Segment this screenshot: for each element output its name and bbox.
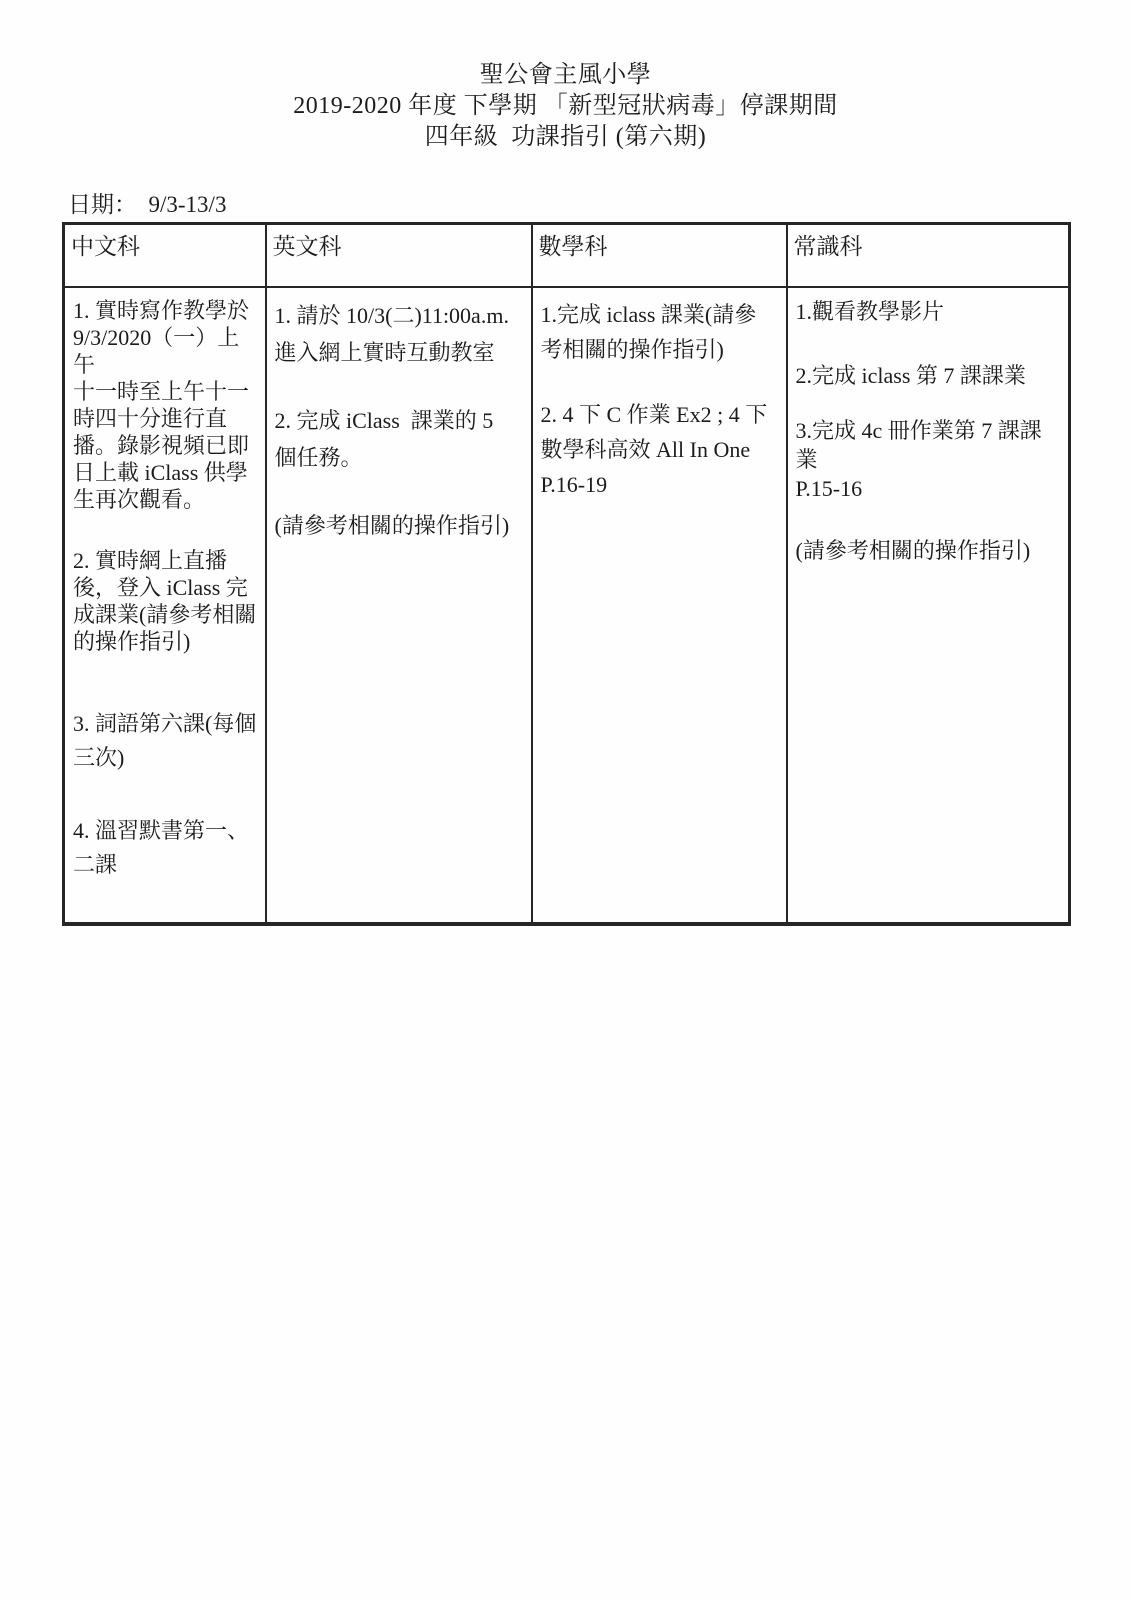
cell-general-studies-homework: 1.觀看教學影片2.完成 iclass 第 7 課課業3.完成 4c 冊作業第 … [787,287,1070,924]
column-header-general-studies: 常識科 [787,224,1070,287]
homework-item: 2. 4 下 C 作業 Ex2 ; 4 下 數學科高效 All In One P… [541,397,780,502]
homework-item: 2. 完成 iClass 課業的 5 個任務。 [275,402,525,476]
cell-math-homework: 1.完成 iclass 課業(請參 考相關的操作指引)2. 4 下 C 作業 E… [532,287,787,924]
document-subtitle-grade: 四年級 功課指引 (第六期) [0,122,1131,153]
homework-item: 1. 實時寫作教學於 9/3/2020（一）上午 十一時至上午十一 時四十分進行… [73,297,259,513]
school-name: 聖公會主風小學 [0,60,1131,91]
document-page: 聖公會主風小學 2019-2020 年度 下學期 「新型冠狀病毒」停課期間 四年… [0,0,1131,1600]
column-header-math: 數學科 [532,224,787,287]
homework-item: 2.完成 iclass 第 7 課課業 [796,361,1063,390]
homework-item: (請參考相關的操作指引) [275,507,525,544]
homework-table-body-row: 1. 實時寫作教學於 9/3/2020（一）上午 十一時至上午十一 時四十分進行… [64,287,1070,924]
homework-item: (請參考相關的操作指引) [796,536,1063,565]
homework-item: 2. 實時網上直播 後，登入 iClass 完 成課業(請參考相關 的操作指引) [73,547,259,655]
homework-table-header-row: 中文科 英文科 數學科 常識科 [64,224,1070,287]
column-header-english: 英文科 [266,224,532,287]
homework-table: 中文科 英文科 數學科 常識科 1. 實時寫作教學於 9/3/2020（一）上午… [62,222,1071,926]
homework-item: 1. 請於 10/3(二)11:00a.m. 進入網上實時互動教室 [275,297,525,371]
date-range-label: 日期： 9/3-13/3 [68,186,226,219]
cell-english-homework: 1. 請於 10/3(二)11:00a.m. 進入網上實時互動教室2. 完成 i… [266,287,532,924]
homework-item: 3. 詞語第六課(每個 三次) [73,707,259,775]
column-header-chinese: 中文科 [64,224,266,287]
homework-item: 4. 溫習默書第一、 二課 [73,814,259,882]
cell-chinese-homework: 1. 實時寫作教學於 9/3/2020（一）上午 十一時至上午十一 時四十分進行… [64,287,266,924]
homework-item: 1.完成 iclass 課業(請參 考相關的操作指引) [541,297,780,367]
homework-item: 3.完成 4c 冊作業第 7 課課 業 P.15-16 [796,416,1063,503]
document-subtitle-term: 2019-2020 年度 下學期 「新型冠狀病毒」停課期間 [0,91,1131,122]
document-title-block: 聖公會主風小學 2019-2020 年度 下學期 「新型冠狀病毒」停課期間 四年… [0,60,1131,153]
homework-item: 1.觀看教學影片 [796,297,1063,326]
